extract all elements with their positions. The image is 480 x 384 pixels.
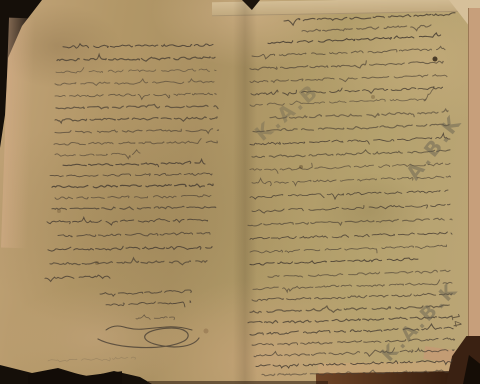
manuscript-photo: Κ.Α.ΒΑ.Β.ΚΚ.Α.Β.Κ 14 (0, 0, 480, 384)
handwriting-line (63, 44, 213, 48)
handwriting-line (262, 370, 449, 376)
handwriting-line (270, 109, 448, 118)
handwriting-line (48, 357, 136, 362)
handwriting-line (58, 232, 210, 237)
margin-annotation: 14 (448, 312, 464, 328)
handwriting-line (254, 348, 454, 357)
handwriting-line (252, 150, 450, 158)
handwriting-line (252, 293, 452, 301)
handwriting-line (252, 338, 455, 346)
handwriting-line (250, 245, 446, 253)
handwriting-line (252, 176, 451, 186)
handwriting-line (302, 25, 431, 32)
handwriting-line (250, 133, 450, 145)
handwriting-line (284, 13, 455, 25)
handwriting-line (55, 129, 219, 134)
handwriting-line (98, 328, 199, 347)
handwriting-line (250, 99, 426, 106)
handwriting-line (52, 206, 216, 209)
handwriting-line (55, 93, 216, 99)
handwriting-line (106, 326, 192, 330)
handwriting-line (252, 204, 450, 213)
handwriting-line (268, 33, 441, 44)
handwriting-line (50, 173, 212, 177)
handwriting-line (106, 301, 191, 307)
handwriting-line (248, 218, 452, 226)
handwriting-line (55, 79, 214, 85)
handwriting-line (55, 117, 217, 123)
handwriting-line (63, 159, 205, 166)
handwriting-layer (0, 0, 480, 384)
handwriting-line (250, 61, 443, 70)
handwriting-line (253, 280, 452, 292)
handwriting-line (250, 232, 452, 239)
handwriting-line (55, 195, 211, 199)
handwriting-line (251, 87, 443, 95)
handwriting-line (256, 359, 452, 368)
handwriting-line (55, 150, 140, 159)
handwriting-line (45, 275, 110, 281)
handwriting-line (252, 46, 445, 58)
handwriting-line (248, 316, 452, 323)
handwriting-line (250, 75, 447, 83)
handwriting-line (48, 246, 212, 251)
handwriting-line (54, 139, 217, 145)
handwriting-line (56, 68, 216, 73)
handwriting-line (52, 184, 213, 188)
handwriting-line (56, 104, 218, 108)
handwriting-line (57, 55, 215, 62)
handwriting-line (250, 324, 453, 335)
handwriting-line (250, 163, 450, 173)
handwriting-line (50, 258, 207, 265)
handwriting-line (100, 290, 191, 296)
handwriting-line (250, 190, 448, 199)
handwriting-line (250, 258, 418, 265)
handwriting-line (250, 305, 449, 313)
handwriting-line (136, 315, 174, 320)
handwriting-line (47, 217, 208, 225)
handwriting-line (268, 270, 450, 277)
handwriting-line (253, 124, 449, 132)
